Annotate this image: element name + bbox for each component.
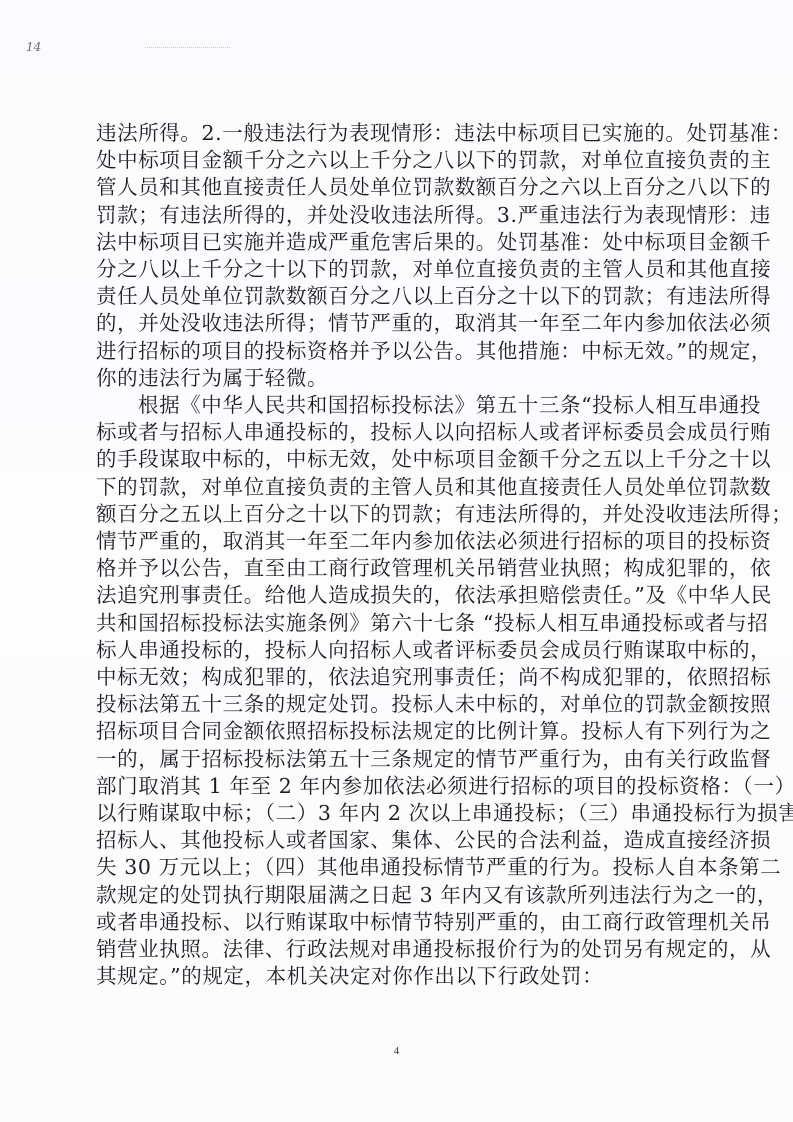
text-line: 管人员和其他直接责任人员处单位罚款数额百分之六以上百分之八以下的 — [96, 174, 704, 201]
text-line: 招标人、其他投标人或者国家、集体、公民的合法利益，造成直接经济损 — [96, 827, 704, 854]
text-line: 一的，属于招标投标法第五十三条规定的情节严重行为，由有关行政监督 — [96, 746, 704, 773]
text-line: 失 30 万元以上；（四）其他串通投标情节严重的行为。投标人自本条第二 — [96, 854, 704, 881]
text-line: 投标法第五十三条的规定处罚。投标人未中标的，对单位的罚款金额按照 — [96, 691, 704, 718]
text-line: 处中标项目金额千分之六以上千分之八以下的罚款，对单位直接负责的主 — [96, 147, 704, 174]
text-line: 进行招标的项目的投标资格并予以公告。其他措施：中标无效。”的规定， — [96, 338, 704, 365]
text-line: 责任人员处单位罚款数额百分之八以上百分之十以下的罚款；有违法所得 — [96, 283, 704, 310]
text-line: 其规定。”的规定，本机关决定对你作出以下行政处罚： — [96, 963, 704, 990]
text-line: 部门取消其 1 年至 2 年内参加依法必须进行招标的项目的投标资格：（一） — [96, 773, 704, 800]
text-line: 款规定的处罚执行期限届满之日起 3 年内又有该款所列违法行为之一的， — [96, 882, 704, 909]
text-line: 额百分之五以上百分之十以下的罚款；有违法所得的，并处没收违法所得； — [96, 501, 704, 528]
text-line: 或者串通投标、以行贿谋取中标情节特别严重的，由工商行政管理机关吊 — [96, 909, 704, 936]
text-line: 的手段谋取中标的，中标无效，处中标项目金额千分之五以上千分之十以 — [96, 446, 704, 473]
document-body: 违法所得。2.一般违法行为表现情形：违法中标项目已实施的。处罚基准： 处中标项目… — [96, 120, 704, 991]
text-line: 标人串通投标的，投标人向招标人或者评标委员会成员行贿谋取中标的， — [96, 637, 704, 664]
text-line: 根据《中华人民共和国招标投标法》第五十三条“投标人相互串通投 — [96, 392, 704, 419]
text-line: 的，并处没收违法所得；情节严重的，取消其一年至二年内参加依法必须 — [96, 310, 704, 337]
text-line: 以行贿谋取中标；（二）3 年内 2 次以上串通投标；（三）串通投标行为损害 — [96, 800, 704, 827]
text-line: 招标项目合同金额依照招标投标法规定的比例计算。投标人有下列行为之 — [96, 718, 704, 745]
document-page: 14 违法所得。2.一般违法行为表现情形：违法中标项目已实施的。处罚基准： 处中… — [0, 0, 793, 1122]
text-line: 共和国招标投标法实施条例》第六十七条 “投标人相互串通投标或者与招 — [96, 610, 704, 637]
text-line: 罚款；有违法所得的，并处没收违法所得。3.严重违法行为表现情形：违 — [96, 202, 704, 229]
text-line: 分之八以上千分之十以下的罚款，对单位直接负责的主管人员和其他直接 — [96, 256, 704, 283]
text-line: 你的违法行为属于轻微。 — [96, 365, 704, 392]
text-line: 标或者与招标人串通投标的，投标人以向招标人或者评标委员会成员行贿 — [96, 419, 704, 446]
scan-artifact-divider — [145, 47, 230, 49]
text-line: 法中标项目已实施并造成严重危害后果的。处罚基准：处中标项目金额千 — [96, 229, 704, 256]
text-line: 下的罚款，对单位直接负责的主管人员和其他直接责任人员处单位罚款数 — [96, 474, 704, 501]
paragraph-legal-basis: 根据《中华人民共和国招标投标法》第五十三条“投标人相互串通投 标或者与招标人串通… — [96, 392, 704, 990]
page-number: 4 — [0, 1045, 793, 1057]
text-line: 中标无效；构成犯罪的，依法追究刑事责任；尚不构成犯罪的，依照招标 — [96, 664, 704, 691]
paragraph-penalty-criteria: 违法所得。2.一般违法行为表现情形：违法中标项目已实施的。处罚基准： 处中标项目… — [96, 120, 704, 392]
handwritten-page-mark: 14 — [26, 40, 41, 54]
text-line: 情节严重的，取消其一年至二年内参加依法必须进行招标的项目的投标资 — [96, 528, 704, 555]
text-line: 格并予以公告，直至由工商行政管理机关吊销营业执照；构成犯罪的，依 — [96, 555, 704, 582]
text-line: 销营业执照。法律、行政法规对串通投标报价行为的处罚另有规定的，从 — [96, 936, 704, 963]
text-line: 法追究刑事责任。给他人造成损失的，依法承担赔偿责任。”及《中华人民 — [96, 582, 704, 609]
text-line: 违法所得。2.一般违法行为表现情形：违法中标项目已实施的。处罚基准： — [96, 120, 704, 147]
